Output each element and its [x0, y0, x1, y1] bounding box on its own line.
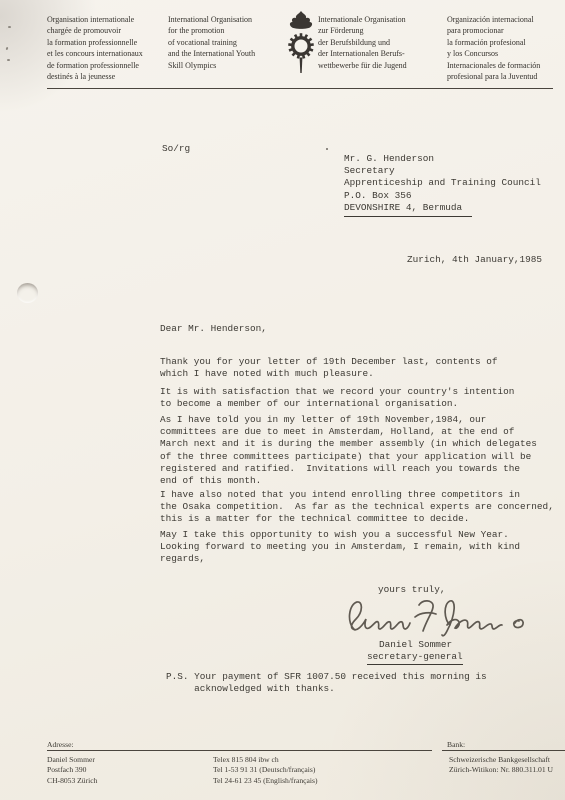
letterhead-spanish: Organización internacional para promocio…: [447, 14, 559, 82]
letterhead-line: of vocational training: [168, 37, 276, 48]
letterhead-line: et les concours internationaux: [47, 48, 165, 59]
footer-line: Daniel Sommer: [47, 755, 97, 765]
body-paragraph-5: May I take this opportunity to wish you …: [160, 529, 520, 566]
punch-hole-shadow: [17, 283, 38, 303]
footer-bank-column: Schweizerische Bankgesellschaft Zürich-W…: [449, 755, 553, 776]
letterhead-line: der Internationalen Berufs-: [318, 48, 444, 59]
gear-torch-emblem-icon: [279, 10, 323, 80]
letterhead-line: and the International Youth: [168, 48, 276, 59]
letterhead-line: Internationale Organisation: [318, 14, 444, 25]
letterhead-line: International Organisation: [168, 14, 276, 25]
letterhead-line: Organisation internationale: [47, 14, 165, 25]
body-paragraph-1: Thank you for your letter of 19th Decemb…: [160, 356, 498, 380]
scan-speck: [6, 47, 9, 51]
signature-name: Daniel Sommer: [379, 639, 452, 650]
footer-address-column: Daniel Sommer Postfach 390 CH-8053 Züric…: [47, 755, 97, 786]
body-paragraph-3: As I have told you in my letter of 19th …: [160, 414, 537, 487]
letterhead-line: de formation professionnelle: [47, 60, 165, 71]
footer-line: Postfach 390: [47, 765, 97, 775]
scan-speck: [326, 148, 328, 150]
letterhead-line: der Berufsbildung und: [318, 37, 444, 48]
letterhead-line: profesional para la Juventud: [447, 71, 559, 82]
letterhead-divider-line: [47, 88, 553, 89]
body-paragraph-4: I have also noted that you intend enroll…: [160, 489, 554, 526]
letterhead-german: Internationale Organisation zur Förderun…: [318, 14, 444, 71]
footer-line: Telex 815 804 ibw ch: [213, 755, 318, 765]
recipient-organisation: Apprenticeship and Training Council: [344, 177, 541, 189]
footer-contact-column: Telex 815 804 ibw ch Tel 1-53 91 31 (Deu…: [213, 755, 318, 786]
signature-title: secretary-general: [367, 651, 463, 665]
letterhead-line: chargée de promouvoir: [47, 25, 165, 36]
letterhead-english: International Organisation for the promo…: [168, 14, 276, 71]
footer-line: Tel 1-53 91 31 (Deutsch/français): [213, 765, 318, 775]
letterhead-line: for the promotion: [168, 25, 276, 36]
letterhead-line: Organización internacional: [447, 14, 559, 25]
reference-code: So/rg: [162, 143, 190, 154]
dateline: Zurich, 4th January,1985: [407, 254, 542, 265]
letterhead-line: Internacionales de formación: [447, 60, 559, 71]
letterhead-line: destinés à la jeunesse: [47, 71, 165, 82]
recipient-city-country: DEVONSHIRE 4, Bermuda: [344, 202, 472, 217]
recipient-name: Mr. G. Henderson: [344, 153, 541, 165]
scanned-letter-page: Organisation internationale chargée de p…: [0, 0, 565, 800]
scan-speck: [7, 59, 10, 61]
letterhead-line: wettbewerbe für die Jugend: [318, 60, 444, 71]
salutation: Dear Mr. Henderson,: [160, 323, 267, 334]
footer-line: Zürich-Witikon: Nr. 880.311.01 U: [449, 765, 553, 775]
letterhead-french: Organisation internationale chargée de p…: [47, 14, 165, 82]
postscript: P.S. Your payment of SFR 1007.50 receive…: [166, 671, 487, 695]
footer-rule-left: [47, 750, 432, 751]
footer-line: Tel 24-61 23 45 (English/français): [213, 776, 318, 786]
handwritten-signature: [343, 592, 538, 642]
letterhead-line: para promocionar: [447, 25, 559, 36]
scan-speck: [8, 26, 11, 28]
letterhead-line: Skill Olympics: [168, 60, 276, 71]
letterhead-line: la formation professionnelle: [47, 37, 165, 48]
footer-bank-label: Bank:: [447, 740, 465, 749]
footer-rule-right: [442, 750, 565, 751]
recipient-address-block: Mr. G. Henderson Secretary Apprenticeshi…: [344, 153, 541, 217]
letterhead-line: la formación profesional: [447, 37, 559, 48]
footer-address-label: Adresse:: [47, 740, 74, 749]
recipient-title: Secretary: [344, 165, 541, 177]
footer-line: Schweizerische Bankgesellschaft: [449, 755, 553, 765]
footer-line: CH-8053 Zürich: [47, 776, 97, 786]
recipient-pobox: P.O. Box 356: [344, 190, 541, 202]
letterhead-line: zur Förderung: [318, 25, 444, 36]
letterhead-line: y los Concursos: [447, 48, 559, 59]
body-paragraph-2: It is with satisfaction that we record y…: [160, 386, 514, 410]
